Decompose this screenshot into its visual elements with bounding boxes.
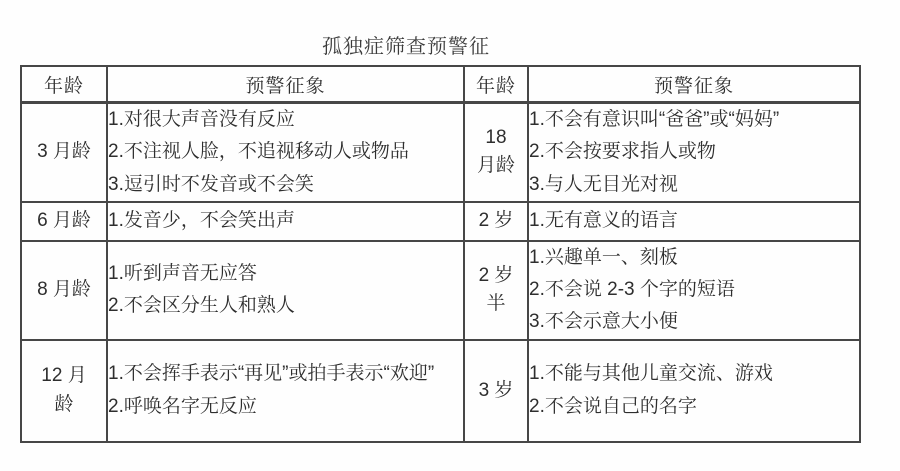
- age-cell-2-5-years: 2 岁 半: [464, 241, 528, 340]
- signs-cell-18-months: 1.不会有意识叫“爸爸”或“妈妈” 2.不会按要求指人或物 3.与人无目光对视: [528, 103, 860, 202]
- table-row: 6 月龄 1.发音少，不会笑出声 2 岁 1.无有意义的语言: [21, 202, 860, 241]
- screening-table: 年龄 预警征象 年龄 预警征象 3 月龄 1.对很大声音没有反应 2.不注视人脸…: [20, 65, 861, 443]
- signs-cell-6-months: 1.发音少，不会笑出声: [107, 202, 464, 241]
- age-cell-3-years: 3 岁: [464, 340, 528, 442]
- header-age-left: 年龄: [21, 66, 107, 103]
- table-row: 3 月龄 1.对很大声音没有反应 2.不注视人脸，不追视移动人或物品 3.逗引时…: [21, 103, 860, 202]
- signs-cell-12-months: 1.不会挥手表示“再见”或拍手表示“欢迎” 2.呼唤名字无反应: [107, 340, 464, 442]
- header-signs-right: 预警征象: [528, 66, 860, 103]
- signs-cell-8-months: 1.听到声音无应答 2.不会区分生人和熟人: [107, 241, 464, 340]
- signs-cell-3-months: 1.对很大声音没有反应 2.不注视人脸，不追视移动人或物品 3.逗引时不发音或不…: [107, 103, 464, 202]
- signs-cell-2-5-years: 1.兴趣单一、刻板 2.不会说 2-3 个字的短语 3.不会示意大小便: [528, 241, 860, 340]
- age-cell-18-months: 18 月龄: [464, 103, 528, 202]
- page-title: 孤独症筛查预警征: [0, 30, 812, 59]
- signs-cell-2-years: 1.无有意义的语言: [528, 202, 860, 241]
- age-cell-6-months: 6 月龄: [21, 202, 107, 241]
- table-header-row: 年龄 预警征象 年龄 预警征象: [21, 66, 860, 103]
- table-row: 8 月龄 1.听到声音无应答 2.不会区分生人和熟人 2 岁 半 1.兴趣单一、…: [21, 241, 860, 340]
- header-age-right: 年龄: [464, 66, 528, 103]
- age-cell-12-months: 12 月 龄: [21, 340, 107, 442]
- age-cell-2-years: 2 岁: [464, 202, 528, 241]
- page: 孤独症筛查预警征 年龄 预警征象 年龄 预警征象 3 月龄 1.对很大声音没有反…: [0, 0, 900, 471]
- age-cell-8-months: 8 月龄: [21, 241, 107, 340]
- table-row: 12 月 龄 1.不会挥手表示“再见”或拍手表示“欢迎” 2.呼唤名字无反应 3…: [21, 340, 860, 442]
- header-signs-left: 预警征象: [107, 66, 464, 103]
- signs-cell-3-years: 1.不能与其他儿童交流、游戏 2.不会说自己的名字: [528, 340, 860, 442]
- age-cell-3-months: 3 月龄: [21, 103, 107, 202]
